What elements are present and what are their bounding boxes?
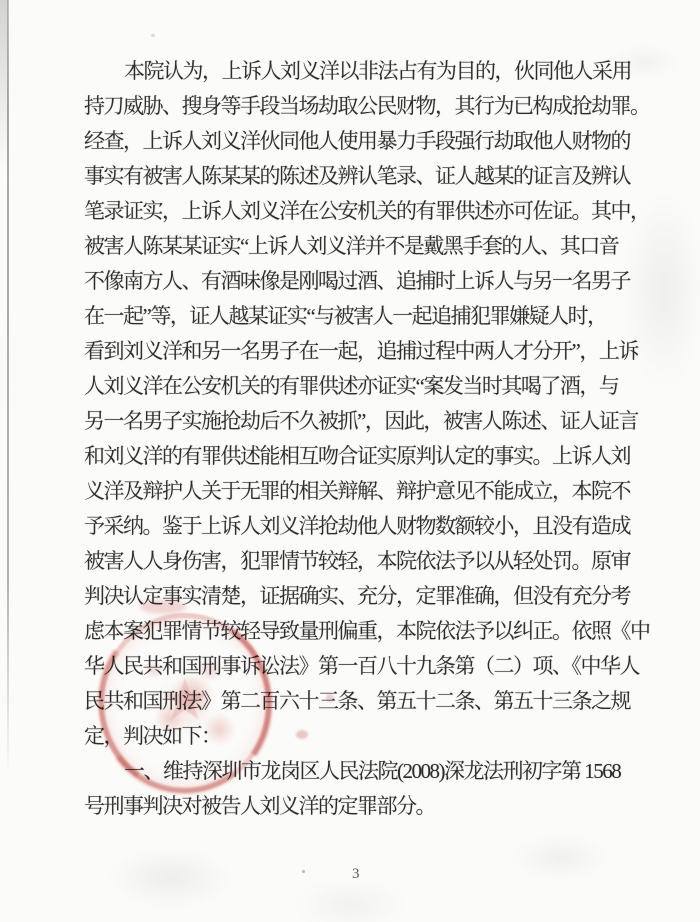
text-line: 人刘义洋在公安机关的有罪供述亦证实“案发当时其喝了酒，与 bbox=[84, 369, 650, 404]
text-line: 一、维持深圳市龙岗区人民法院(2008)深龙法刑初字第 1568 bbox=[84, 754, 650, 789]
text-line: 另一名男子实施抢劫后不久被抓”，因此，被害人陈述、证人证言 bbox=[84, 404, 650, 439]
page-number: 3 bbox=[352, 866, 360, 883]
document-page: 本院认为，上诉人刘义洋以非法占有为目的，伙同他人采用持刀威胁、搜身等手段当场劫取… bbox=[0, 0, 700, 922]
scan-speck bbox=[151, 34, 155, 37]
scan-speck bbox=[302, 870, 305, 873]
text-line: 被害人陈某某证实“上诉人刘义洋并不是戴黑手套的人、其口音 bbox=[84, 229, 650, 264]
text-line: 号刑事判决对被告人刘义洋的定罪部分。 bbox=[84, 789, 650, 824]
text-line: 在一起”等，证人越某证实“与被害人一起追捕犯罪嫌疑人时， bbox=[84, 299, 650, 334]
text-line: 事实有被害人陈某某的陈述及辨认笔录、证人越某的证言及辨认 bbox=[84, 159, 650, 194]
text-line: 民共和国刑法》第二百六十三条、第五十二条、第五十三条之规 bbox=[84, 684, 650, 719]
text-line: 和刘义洋的有罪供述能相互吻合证实原判认定的事实。上诉人刘 bbox=[84, 439, 650, 474]
text-line: 华人民共和国刑事诉讼法》第一百八十九条第（二）项、《中华人 bbox=[84, 649, 650, 684]
text-line: 笔录证实，上诉人刘义洋在公安机关的有罪供述亦可佐证。其中， bbox=[84, 194, 650, 229]
text-line: 予采纳。鉴于上诉人刘义洋抢劫他人财物数额较小，且没有造成 bbox=[84, 509, 650, 544]
text-line: 义洋及辩护人关于无罪的相关辩解、辩护意见不能成立，本院不 bbox=[84, 474, 650, 509]
text-line: 经查，上诉人刘义洋伙同他人使用暴力手段强行劫取他人财物的 bbox=[84, 124, 650, 159]
text-line: 不像南方人、有酒味像是刚喝过酒、追捕时上诉人与另一名男子 bbox=[84, 264, 650, 299]
text-line: 本院认为，上诉人刘义洋以非法占有为目的，伙同他人采用 bbox=[84, 54, 650, 89]
text-line: 定，判决如下： bbox=[84, 719, 650, 754]
text-line: 看到刘义洋和另一名男子在一起，追捕过程中两人才分开”，上诉 bbox=[84, 334, 650, 369]
text-line: 判决认定事实清楚，证据确实、充分，定罪准确，但没有充分考 bbox=[84, 579, 650, 614]
text-line: 虑本案犯罪情节较轻导致量刑偏重，本院依法予以纠正。依照《中 bbox=[84, 614, 650, 649]
scan-edge-line bbox=[7, 0, 9, 775]
document-body: 本院认为，上诉人刘义洋以非法占有为目的，伙同他人采用持刀威胁、搜身等手段当场劫取… bbox=[84, 54, 650, 824]
text-line: 持刀威胁、搜身等手段当场劫取公民财物，其行为已构成抢劫罪。 bbox=[84, 89, 650, 124]
text-line: 被害人人身伤害，犯罪情节较轻，本院依法予以从轻处罚。原审 bbox=[84, 544, 650, 579]
